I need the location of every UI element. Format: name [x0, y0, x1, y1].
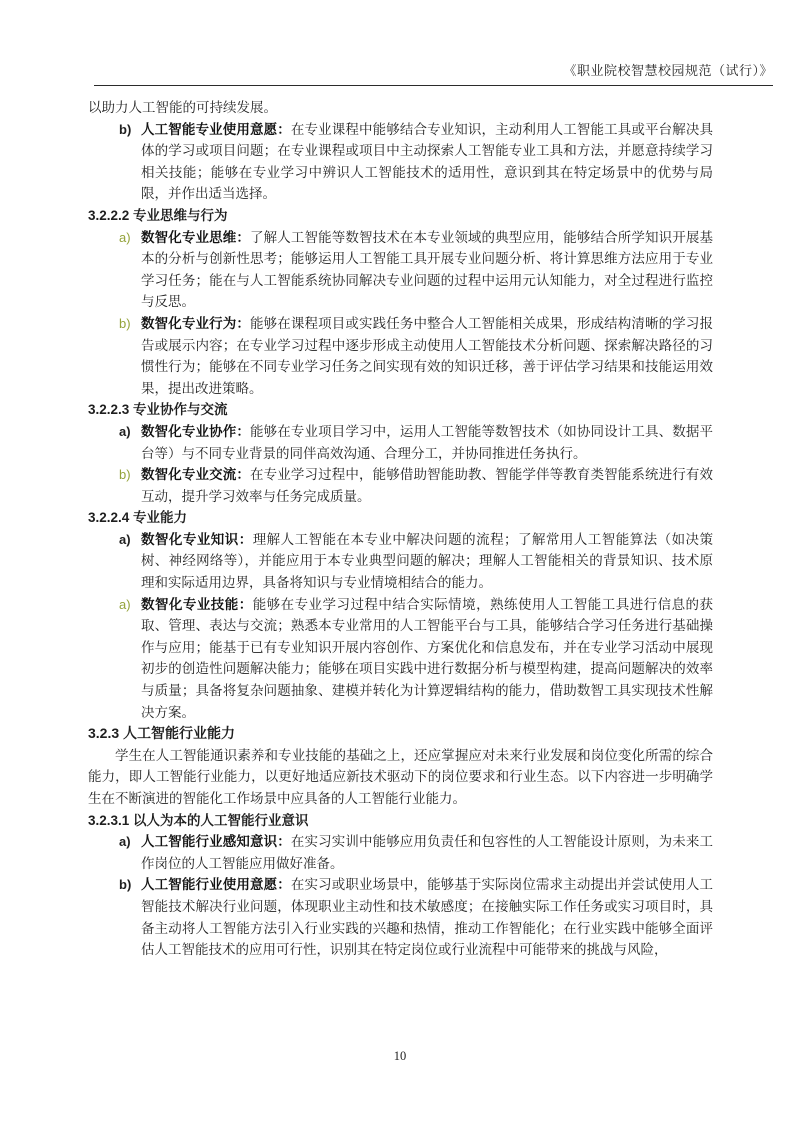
list-item-lead: 数智化专业行为：: [141, 316, 250, 331]
list-item-label: a): [119, 421, 131, 443]
document-content: 以助力人工智能的可持续发展。 b)人工智能专业使用意愿：在专业课程中能够结合专业…: [88, 97, 713, 961]
list-item-label: a): [119, 594, 131, 616]
list-item: b)数智化专业交流：在专业学习过程中，能够借助智能助教、智能学伴等教育类智能系统…: [88, 464, 713, 507]
list-item-lead: 数智化专业交流：: [141, 467, 250, 482]
header-title: 《职业院校智慧校园规范（试行）》: [94, 60, 773, 82]
document-page: 《职业院校智慧校园规范（试行）》 以助力人工智能的可持续发展。 b)人工智能专业…: [0, 0, 800, 1131]
section-heading-3-2-2-3: 3.2.2.3 专业协作与交流: [88, 399, 713, 421]
list-item: a)数智化专业知识：理解人工智能在本专业中解决问题的流程；了解常用人工智能算法（…: [88, 529, 713, 594]
list-item-lead: 数智化专业思维：: [141, 230, 250, 245]
list-item-lead: 人工智能专业使用意愿：: [141, 122, 291, 137]
section-heading-3-2-2-4: 3.2.2.4 专业能力: [88, 507, 713, 529]
list-item-lead: 数智化专业技能：: [141, 597, 253, 612]
list-item: b)人工智能行业使用意愿：在实习或职业场景中，能够基于实际岗位需求主动提出并尝试…: [88, 874, 713, 960]
body-paragraph: 学生在人工智能通识素养和专业技能的基础之上，还应掌握应对未来行业发展和岗位变化所…: [88, 745, 713, 810]
page-number: 10: [394, 1049, 407, 1063]
list-item-label: a): [119, 529, 131, 551]
list-item: b)人工智能专业使用意愿：在专业课程中能够结合专业知识，主动利用人工智能工具或平…: [88, 119, 713, 205]
paragraph-continuation: 以助力人工智能的可持续发展。: [88, 97, 713, 119]
list-item-label: b): [119, 464, 131, 486]
list-item-lead: 数智化专业协作：: [141, 424, 250, 439]
section-heading-3-2-3-1: 3.2.3.1 以人为本的人工智能行业意识: [88, 810, 713, 832]
list-item: a)数智化专业技能：能够在专业学习过程中结合实际情境，熟练使用人工智能工具进行信…: [88, 594, 713, 724]
list-item-label: b): [119, 119, 131, 141]
list-item-label: a): [119, 227, 131, 249]
page-footer: 10: [0, 1049, 800, 1064]
list-item-label: b): [119, 874, 131, 896]
list-item-text: 能够在专业学习过程中结合实际情境，熟练使用人工智能工具进行信息的获取、管理、表达…: [141, 597, 713, 720]
list-item: a)数智化专业思维：了解人工智能等数智技术在本专业领域的典型应用，能够结合所学知…: [88, 227, 713, 313]
list-item-lead: 人工智能行业感知意识：: [141, 834, 291, 849]
page-header: 《职业院校智慧校园规范（试行）》: [94, 60, 773, 86]
list-item-label: b): [119, 313, 131, 335]
list-item-lead: 数智化专业知识：: [141, 532, 253, 547]
list-item: a)数智化专业协作：能够在专业项目学习中，运用人工智能等数智技术（如协同设计工具…: [88, 421, 713, 464]
list-item: a)人工智能行业感知意识：在实习实训中能够应用负责任和包容性的人工智能设计原则，…: [88, 831, 713, 874]
list-item-lead: 人工智能行业使用意愿：: [141, 877, 291, 892]
section-heading-3-2-2-2: 3.2.2.2 专业思维与行为: [88, 205, 713, 227]
list-item-label: a): [119, 831, 131, 853]
section-heading-3-2-3: 3.2.3 人工智能行业能力: [88, 723, 713, 745]
list-item: b)数智化专业行为：能够在课程项目或实践任务中整合人工智能相关成果，形成结构清晰…: [88, 313, 713, 399]
